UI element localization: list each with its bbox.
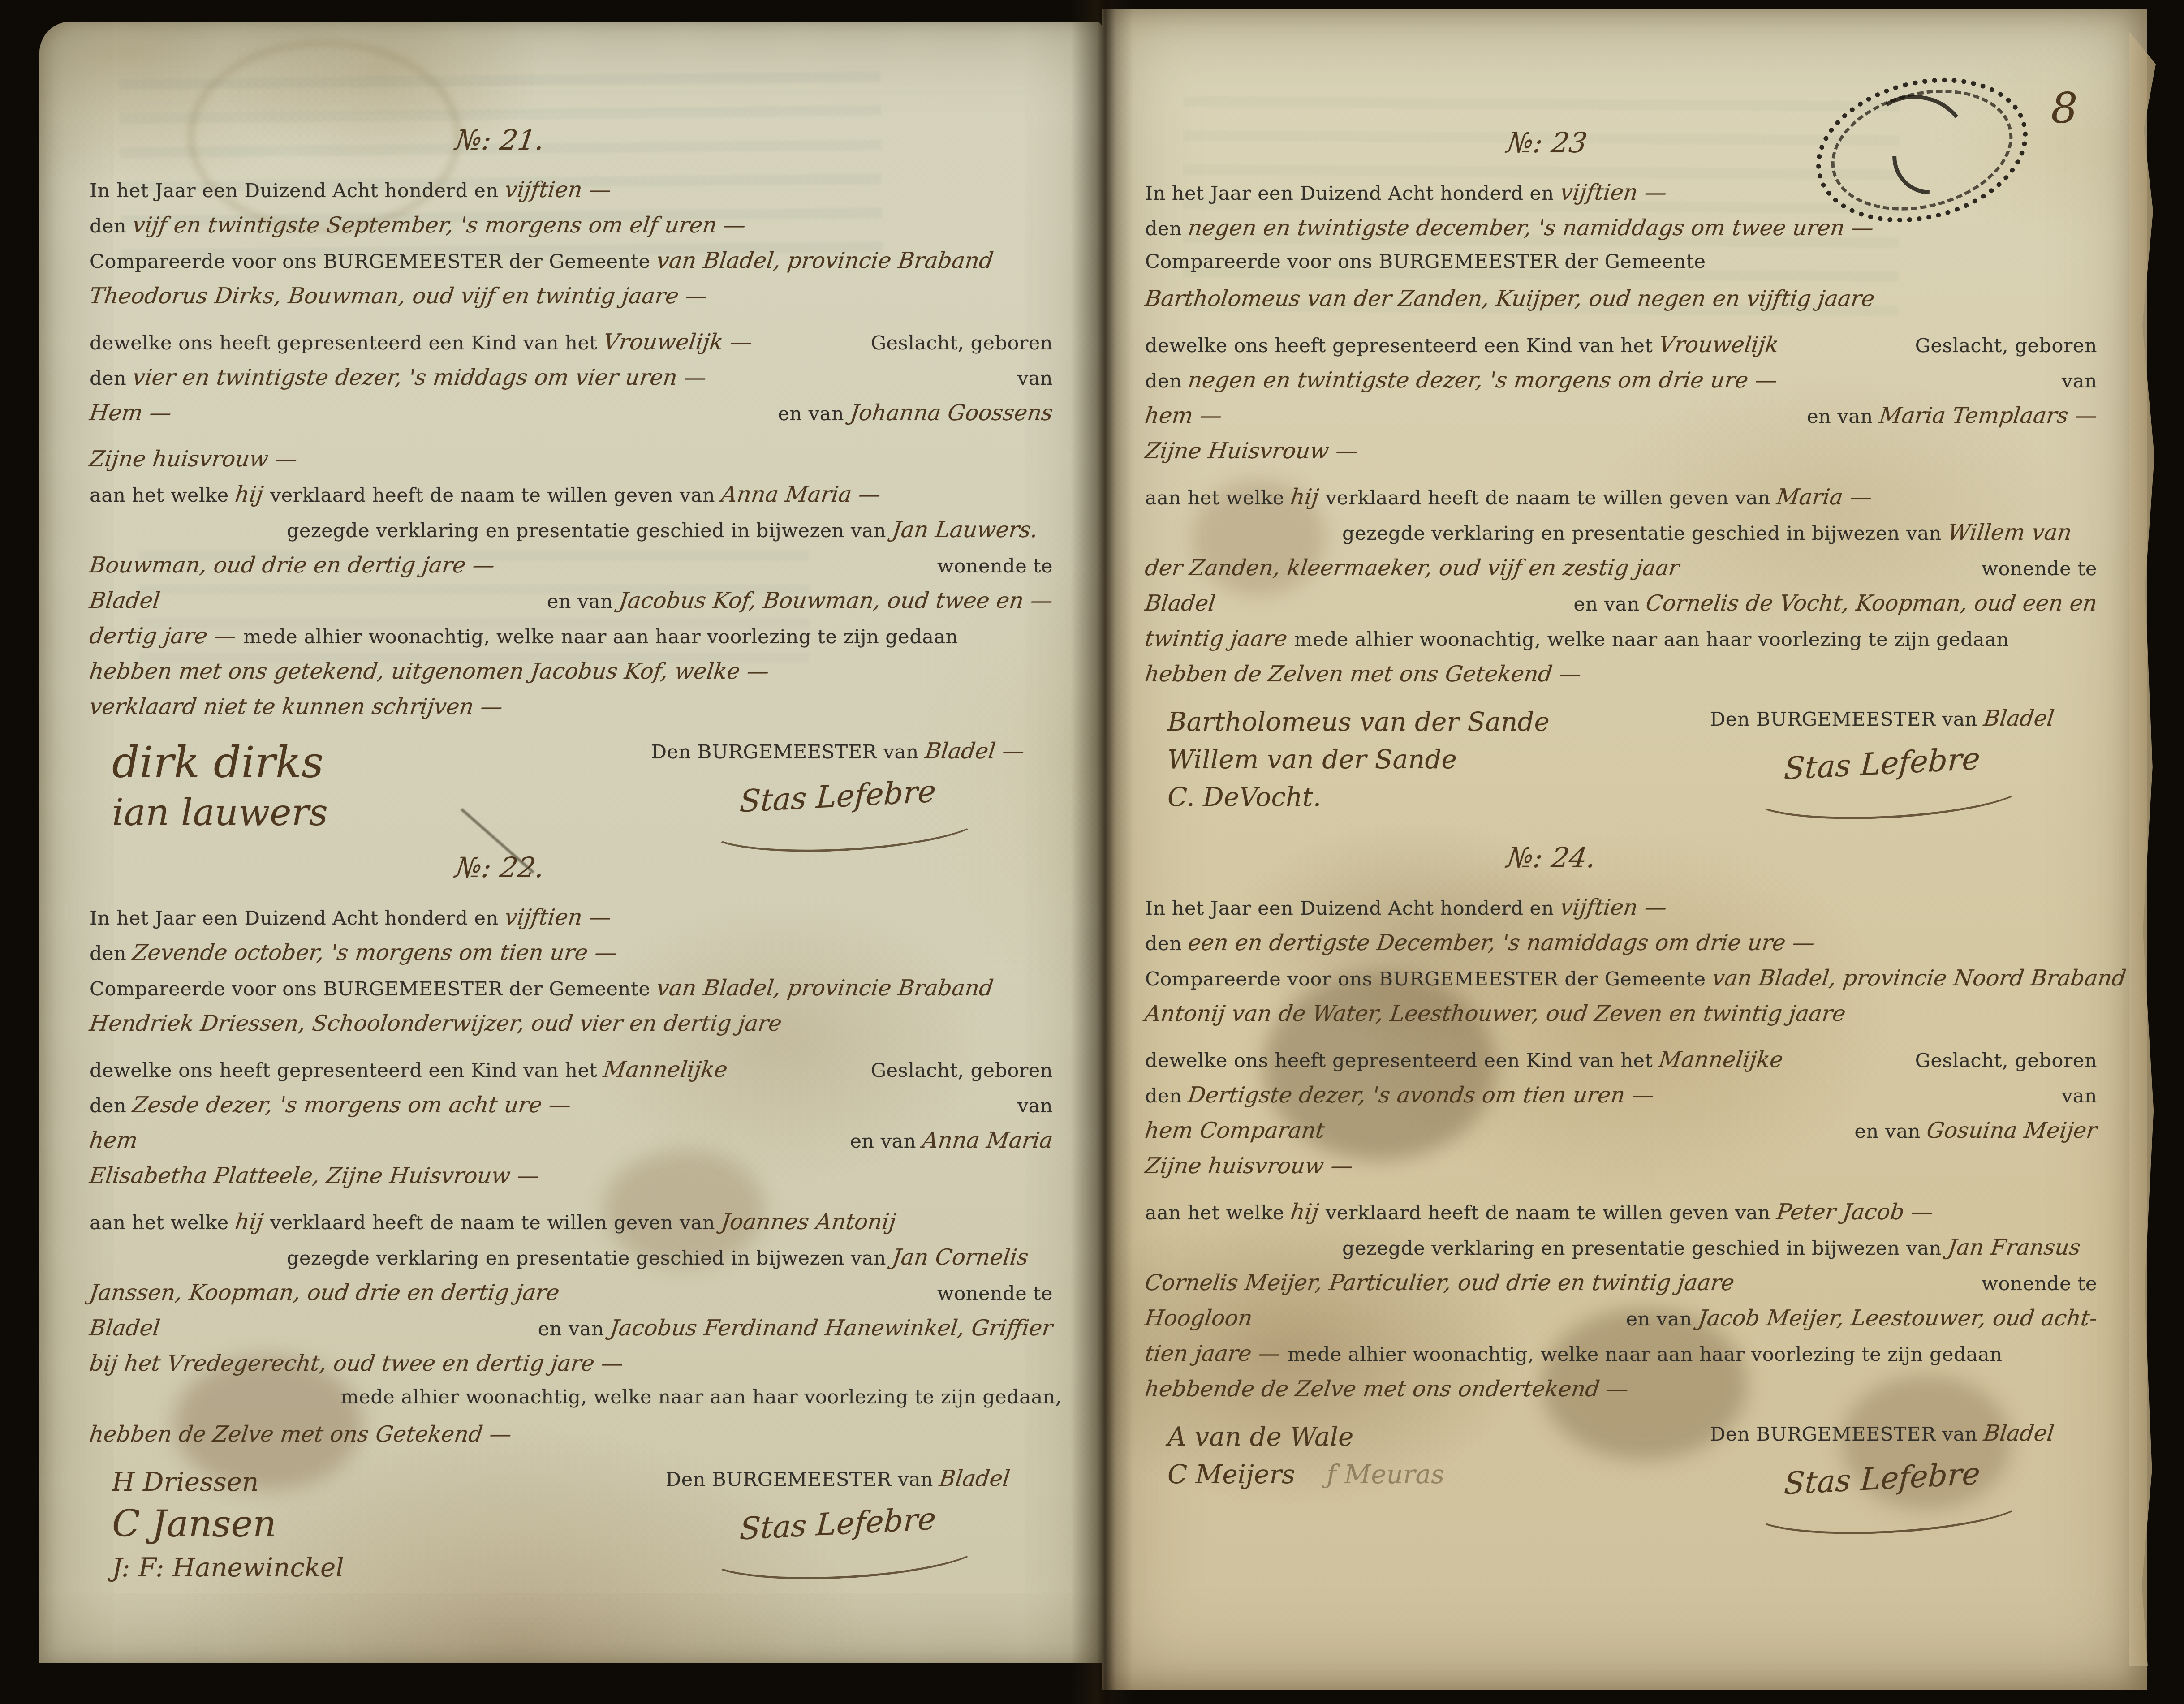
handwritten-text: Zevende october, 's morgens om tien ure …	[131, 940, 619, 965]
printed-text: wonende te	[1982, 1273, 2097, 1295]
burgemeester-signature: Stas Lefebre	[739, 1501, 937, 1547]
act-line: In het Jaar een Duizend Acht honderd en …	[90, 177, 1053, 212]
act-line: Hem —en van Johanna Goossens	[90, 400, 1053, 435]
burgemeester-signature: Stas Lefebre	[739, 774, 937, 819]
handwritten-text: Cornelis Meijer, Particulier, oud drie e…	[1144, 1270, 1736, 1295]
printed-text: mede alhier woonachtig, welke naar aan h…	[1294, 628, 2009, 651]
handwritten-text: Jacobus Ferdinand Hanewinkel, Griffier	[609, 1315, 1055, 1341]
printed-text: en van	[1855, 1120, 1927, 1143]
act-line: tien jaare — mede alhier woonachtig, wel…	[1145, 1341, 2097, 1376]
act-lines: In het Jaar een Duizend Acht honderd en …	[1145, 180, 2097, 697]
printed-text: gezegde verklaring en presentatie geschi…	[287, 1247, 892, 1269]
register-page-left: №: 21.In het Jaar een Duizend Acht honde…	[39, 22, 1102, 1663]
printed-text: den	[1145, 1085, 1188, 1107]
act-line: den vijf en twintigste September, 's mor…	[90, 212, 1053, 248]
handwritten-text: vijftien —	[503, 904, 612, 930]
handwritten-text: Hendriek Driessen, Schoolonderwijzer, ou…	[88, 1011, 784, 1036]
handwritten-text: Hem —	[88, 400, 173, 426]
handwritten-text: hij	[233, 482, 271, 507]
act-line: gezegde verklaring en presentatie geschi…	[1145, 1235, 2097, 1270]
act-line: dewelke ons heeft gepresenteerd een Kind…	[90, 1057, 1053, 1092]
handwritten-text: Bladel	[88, 588, 162, 613]
handwritten-text: vijftien —	[1559, 895, 1668, 920]
handwritten-text: een en dertigste December, 's namiddags …	[1187, 930, 1816, 955]
handwritten-text: hij	[1289, 484, 1327, 510]
handwritten-text: Elisabetha Platteele, Zijne Huisvrouw —	[88, 1163, 541, 1188]
handwritten-text: Jacob Meijer, Leestouwer, oud acht-	[1697, 1305, 2099, 1331]
act-record: №: 22.In het Jaar een Duizend Acht honde…	[90, 851, 1053, 1586]
witness-signature: Willem van der Sande	[1167, 740, 1550, 778]
act-line: Bartholomeus van der Zanden, Kuijper, ou…	[1145, 286, 2097, 321]
act-line: hebben de Zelve met ons Getekend —	[90, 1421, 1053, 1457]
handwritten-text: Jan Cornelis	[891, 1244, 1030, 1270]
handwritten-text: hebben de Zelve met ons Getekend —	[88, 1421, 513, 1447]
handwritten-text: Bladel —	[923, 738, 1026, 764]
act-line: Zijne Huisvrouw —	[1145, 438, 2097, 473]
handwritten-text: vijftien —	[503, 177, 612, 202]
act-line: Janssen, Koopman, oud drie en dertig jar…	[90, 1280, 1053, 1315]
burgemeester-block: Den BURGEMEESTER van BladelStas Lefebre	[636, 1463, 1039, 1586]
printed-text: Geslacht, geboren	[871, 1059, 1053, 1082]
printed-text: en van	[778, 403, 850, 425]
folio-number: 8	[2051, 84, 2078, 133]
printed-text: aan het welke	[1145, 487, 1291, 509]
act-line: der Zanden, kleermaeker, oud vijf en zes…	[1145, 555, 2097, 590]
handwritten-text: van Bladel, provincie Braband	[655, 975, 995, 1001]
printed-text: mede alhier woonachtig, welke naar aan h…	[243, 626, 958, 648]
handwritten-text: Maria —	[1775, 484, 1874, 510]
printed-text: wonende te	[937, 1282, 1053, 1305]
printed-text: aan het welke	[90, 484, 235, 507]
act-line: Compareerde voor ons BURGEMEESTER der Ge…	[1145, 965, 2097, 1001]
printed-text: aan het welke	[1145, 1202, 1291, 1224]
act-line: hem Comparanten van Gosuina Meijer	[1145, 1118, 2097, 1153]
burgemeester-block: Den BURGEMEESTER van Bladel —Stas Lefebr…	[636, 736, 1039, 837]
printed-text: en van	[547, 590, 620, 613]
handwritten-text: Johanna Goossens	[849, 400, 1055, 426]
printed-text: Den BURGEMEESTER van	[1710, 708, 1984, 731]
act-record: №: 21.In het Jaar een Duizend Acht honde…	[90, 124, 1053, 837]
act-line: Hoogloonen van Jacob Meijer, Leestouwer,…	[1145, 1305, 2097, 1341]
handwritten-text: Peter Jacob —	[1775, 1199, 1935, 1225]
witness-signature: C Meijers	[1167, 1455, 1295, 1493]
printed-text: Den BURGEMEESTER van	[1710, 1423, 1984, 1446]
handwritten-text: vier en twintigste dezer, 's middags om …	[131, 365, 708, 390]
act-foot: H DriessenC JansenJ: F: HanewinckelDen B…	[90, 1463, 1053, 1586]
handwritten-text: hem	[88, 1127, 139, 1153]
handwritten-text: Hoogloon	[1144, 1305, 1254, 1331]
act-line: Bouwman, oud drie en dertig jare —wonend…	[90, 552, 1053, 588]
act-line: aan het welke hij verklaard heeft de naa…	[1145, 1199, 2097, 1235]
act-line: hem —en van Maria Templaars —	[1145, 403, 2097, 438]
printed-text: den	[1145, 933, 1188, 955]
printed-text: Den BURGEMEESTER van	[651, 741, 925, 763]
act-foot: Bartholomeus van der SandeWillem van der…	[1145, 703, 2097, 816]
handwritten-text: Cornelis de Vocht, Koopman, oud een en	[1645, 590, 2099, 616]
act-line: Zijne huisvrouw —	[90, 446, 1053, 482]
act-line: dewelke ons heeft gepresenteerd een Kind…	[1145, 1047, 2097, 1082]
printed-text: en van	[850, 1130, 922, 1153]
scanned-register-spread: { "page_number": "8", "acts": [ { "numbe…	[0, 0, 2184, 1704]
act-record: №: 23In het Jaar een Duizend Acht honder…	[1145, 126, 2097, 816]
handwritten-text: vijf en twintigste September, 's morgens…	[131, 212, 747, 238]
act-line: hebbende de Zelve met ons ondertekend —	[1145, 1376, 2097, 1411]
act-line: Zijne huisvrouw —	[1145, 1153, 2097, 1188]
handwritten-text: hem —	[1144, 403, 1224, 428]
act-line: dewelke ons heeft gepresenteerd een Kind…	[1145, 332, 2097, 367]
act-line: Antonij van de Water, Leesthouwer, oud Z…	[1145, 1001, 2097, 1036]
handwritten-text: Janssen, Koopman, oud drie en dertig jar…	[88, 1280, 561, 1305]
act-line: aan het welke hij verklaard heeft de naa…	[90, 1209, 1053, 1244]
printed-text: dewelke ons heeft gepresenteerd een Kind…	[1145, 1050, 1659, 1072]
burgemeester-label: Den BURGEMEESTER van Bladel	[1680, 1420, 2084, 1446]
act-line: verklaard niet te kunnen schrijven —	[90, 694, 1053, 729]
act-line: dertig jare — mede alhier woonachtig, we…	[90, 623, 1053, 658]
handwritten-text: Zijne Huisvrouw —	[1144, 438, 1360, 464]
act-line: Compareerde voor ons BURGEMEESTER der Ge…	[1145, 250, 2097, 286]
act-line: twintig jaare mede alhier woonachtig, we…	[1145, 626, 2097, 661]
act-line: Elisabetha Platteele, Zijne Huisvrouw —	[90, 1163, 1053, 1198]
printed-text: den	[90, 942, 133, 965]
printed-text: mede alhier woonachtig, welke naar aan h…	[1288, 1343, 2003, 1366]
act-foot: dirk dirksian lauwersDen BURGEMEESTER va…	[90, 736, 1053, 837]
handwritten-text: Maria Templaars —	[1878, 403, 2098, 428]
handwritten-text: Bladel	[88, 1315, 162, 1341]
handwritten-text: Bladel	[938, 1466, 1012, 1491]
handwritten-text: Bladel	[1982, 706, 2056, 731]
act-line: Cornelis Meijer, Particulier, oud drie e…	[1145, 1270, 2097, 1305]
handwritten-text: Anna Maria	[921, 1127, 1055, 1153]
act-line: aan het welke hij verklaard heeft de naa…	[90, 482, 1053, 517]
handwritten-text: hebbende de Zelve met ons ondertekend —	[1144, 1376, 1630, 1402]
act-line: Bladelen van Cornelis de Vocht, Koopman,…	[1145, 590, 2097, 626]
burgemeester-label: Den BURGEMEESTER van Bladel —	[636, 738, 1039, 764]
act-line: Bladelen van Jacobus Kof, Bouwman, oud t…	[90, 588, 1053, 623]
act-record: №: 24.In het Jaar een Duizend Acht honde…	[1145, 841, 2097, 1497]
burgemeester-signature: Stas Lefebre	[1783, 1456, 1981, 1502]
printed-text: en van	[1626, 1308, 1698, 1330]
handwritten-text: Theodorus Dirks, Bouwman, oud vijf en tw…	[88, 283, 709, 309]
handwritten-text: Bouwman, oud drie en dertig jare —	[88, 552, 496, 578]
act-line: den Dertigste dezer, 's avonds om tien u…	[1145, 1082, 2097, 1118]
printed-text: van	[1017, 367, 1053, 390]
printed-text: Geslacht, geboren	[1915, 1050, 2097, 1072]
act-number: №: 22.	[453, 851, 547, 884]
printed-text: mede alhier woonachtig, welke naar aan h…	[340, 1386, 1062, 1408]
handwritten-text: twintig jaare	[1144, 626, 1296, 651]
act-line: aan het welke hij verklaard heeft de naa…	[1145, 484, 2097, 520]
handwritten-text: verklaard niet te kunnen schrijven —	[88, 694, 504, 719]
witness-signatures: H DriessenC JansenJ: F: Hanewinckel	[112, 1463, 344, 1586]
printed-text: den	[90, 367, 133, 390]
act-line: dewelke ons heeft gepresenteerd een Kind…	[90, 329, 1053, 365]
printed-text: Compareerde voor ons BURGEMEESTER der Ge…	[90, 978, 657, 1000]
handwritten-text: dertig jare —	[88, 623, 245, 649]
burgemeester-block: Den BURGEMEESTER van BladelStas Lefebre	[1680, 1418, 2084, 1497]
printed-text: den	[90, 215, 133, 237]
printed-text: Compareerde voor ons BURGEMEESTER der Ge…	[1145, 968, 1712, 990]
witness-signature: Bartholomeus van der Sande	[1167, 703, 1550, 740]
printed-text: verklaard heeft de naam te willen geven …	[270, 484, 721, 507]
printed-text: verklaard heeft de naam te willen geven …	[1326, 487, 1777, 509]
burgemeester-block: Den BURGEMEESTER van BladelStas Lefebre	[1680, 703, 2084, 816]
handwritten-text: Bladel	[1982, 1420, 2056, 1446]
witness-signature: ian lauwers	[112, 789, 328, 837]
printed-text: verklaard heeft de naam te willen geven …	[270, 1212, 721, 1234]
printed-text: en van	[538, 1318, 611, 1340]
printed-text: en van	[1807, 405, 1879, 428]
printed-text: In het Jaar een Duizend Acht honderd en	[90, 180, 505, 202]
witness-signature: H Driessen	[112, 1463, 344, 1501]
printed-text: wonende te	[937, 555, 1053, 577]
act-line: In het Jaar een Duizend Acht honderd en …	[90, 904, 1053, 940]
witness-signature: ƒ Meuras	[1327, 1455, 1444, 1493]
act-line: den een en dertigste December, 's namidd…	[1145, 930, 2097, 965]
witness-signatures: A van de WaleC Meijersƒ Meuras	[1167, 1418, 1476, 1497]
witness-signature: J: F: Hanewinckel	[112, 1549, 344, 1586]
act-line: den negen en twintigste december, 's nam…	[1145, 215, 2097, 250]
printed-text: wonende te	[1982, 558, 2097, 580]
printed-text: den	[1145, 218, 1188, 240]
printed-text: van	[2062, 370, 2097, 392]
act-lines: In het Jaar een Duizend Acht honderd en …	[90, 177, 1053, 729]
handwritten-text: tien jaare —	[1144, 1341, 1289, 1366]
act-line: hebben de Zelven met ons Getekend —	[1145, 661, 2097, 697]
act-line: hemen van Anna Maria	[90, 1127, 1053, 1163]
printed-text: verklaard heeft de naam te willen geven …	[1326, 1202, 1777, 1224]
act-lines: In het Jaar een Duizend Acht honderd en …	[1145, 895, 2097, 1411]
printed-text: van	[2062, 1085, 2097, 1107]
handwritten-text: hij	[1289, 1199, 1327, 1225]
handwritten-text: bij het Vredegerecht, oud twee en dertig…	[88, 1351, 625, 1376]
printed-text: Den BURGEMEESTER van	[666, 1468, 939, 1491]
burgemeester-label: Den BURGEMEESTER van Bladel	[636, 1466, 1039, 1491]
printed-text: gezegde verklaring en presentatie geschi…	[287, 520, 892, 542]
act-line: gezegde verklaring en presentatie geschi…	[90, 517, 1053, 552]
act-line: gezegde verklaring en presentatie geschi…	[1145, 520, 2097, 555]
printed-text: Compareerde voor ons BURGEMEESTER der Ge…	[90, 250, 657, 273]
printed-text: dewelke ons heeft gepresenteerd een Kind…	[90, 332, 603, 354]
act-line: Hendriek Driessen, Schoolonderwijzer, ou…	[90, 1011, 1053, 1046]
printed-text: en van	[1573, 593, 1646, 615]
handwritten-text: Vrouwelijk —	[602, 329, 754, 355]
act-line: den vier en twintigste dezer, 's middags…	[90, 365, 1053, 400]
printed-text: In het Jaar een Duizend Acht honderd en	[1145, 897, 1560, 920]
printed-text: Geslacht, geboren	[871, 332, 1053, 354]
handwritten-text: Willem van	[1947, 520, 2073, 545]
witness-signature: A van de Wale	[1167, 1418, 1476, 1455]
handwritten-text: Antonij van de Water, Leesthouwer, oud Z…	[1144, 1001, 1848, 1026]
handwritten-text: Zijne huisvrouw —	[1144, 1153, 1355, 1179]
act-line: Bladelen van Jacobus Ferdinand Hanewinke…	[90, 1315, 1053, 1351]
handwritten-text: van Bladel, provincie Noord Braband	[1710, 965, 2127, 991]
act-number: №: 24.	[1504, 841, 1598, 874]
act-line: den Zesde dezer, 's morgens om acht ure …	[90, 1092, 1053, 1127]
handwritten-text: Gosuina Meijer	[1926, 1118, 2099, 1143]
handwritten-text: negen en twintigste december, 's namidda…	[1187, 215, 1875, 241]
handwritten-text: hebben met ons getekend, uitgenomen Jaco…	[88, 658, 771, 684]
handwritten-text: Dertigste dezer, 's avonds om tien uren …	[1187, 1082, 1656, 1108]
handwritten-text: Zijne huisvrouw —	[88, 446, 299, 472]
handwritten-text: der Zanden, kleermaeker, oud vijf en zes…	[1144, 555, 1681, 581]
printed-text: van	[1017, 1095, 1053, 1117]
burgemeester-signature: Stas Lefebre	[1783, 741, 1981, 787]
act-line: bij het Vredegerecht, oud twee en dertig…	[90, 1351, 1053, 1386]
act-line: In het Jaar een Duizend Acht honderd en …	[1145, 895, 2097, 930]
handwritten-text: van Bladel, provincie Braband	[655, 248, 995, 273]
handwritten-text: Anna Maria —	[720, 482, 883, 507]
act-line: gezegde verklaring en presentatie geschi…	[90, 1244, 1053, 1280]
act-line: den Zevende october, 's morgens om tien …	[90, 940, 1053, 975]
act-line: mede alhier woonachtig, welke naar aan h…	[90, 1386, 1053, 1421]
witness-signatures: Bartholomeus van der SandeWillem van der…	[1167, 703, 1550, 816]
act-foot: A van de WaleC Meijersƒ MeurasDen BURGEM…	[1145, 1418, 2097, 1497]
handwritten-text: Jan Fransus	[1947, 1235, 2082, 1260]
handwritten-text: negen en twintigste dezer, 's morgens om…	[1187, 367, 1779, 393]
act-lines: In het Jaar een Duizend Acht honderd en …	[90, 904, 1053, 1457]
register-page-right: 8 №: 23In het Jaar een Duizend Acht hond…	[1102, 9, 2147, 1690]
act-line: den negen en twintigste dezer, 's morgen…	[1145, 367, 2097, 403]
torn-page-edge	[2129, 31, 2156, 1666]
handwritten-text: vijftien —	[1559, 180, 1668, 205]
handwritten-text: hebben de Zelven met ons Getekend —	[1144, 661, 1583, 687]
handwritten-text: Jan Lauwers.	[891, 517, 1039, 542]
printed-text: In het Jaar een Duizend Acht honderd en	[90, 907, 505, 929]
printed-text: dewelke ons heeft gepresenteerd een Kind…	[90, 1059, 603, 1082]
handwritten-text: Bladel	[1144, 590, 1217, 616]
handwritten-text: Jacobus Kof, Bouwman, oud twee en —	[618, 588, 1055, 613]
handwritten-text: Zesde dezer, 's morgens om acht ure —	[131, 1092, 573, 1118]
witness-signature: dirk dirks	[112, 736, 328, 789]
handwritten-text: Mannelijke	[602, 1057, 729, 1082]
act-line: hebben met ons getekend, uitgenomen Jaco…	[90, 658, 1053, 694]
printed-text: gezegde verklaring en presentatie geschi…	[1342, 522, 1948, 545]
printed-text: den	[90, 1095, 133, 1117]
handwritten-text: Vrouwelijk	[1658, 332, 1780, 357]
act-number: №: 23	[1504, 126, 1589, 159]
printed-text: aan het welke	[90, 1212, 235, 1234]
handwritten-text: Mannelijke	[1658, 1047, 1785, 1072]
act-line: Theodorus Dirks, Bouwman, oud vijf en tw…	[90, 283, 1053, 318]
printed-text: Geslacht, geboren	[1915, 335, 2097, 357]
handwritten-text: hij	[233, 1209, 271, 1235]
act-line: Compareerde voor ons BURGEMEESTER der Ge…	[90, 975, 1053, 1011]
witness-signature: C. DeVocht.	[1167, 778, 1550, 816]
act-number: №: 21.	[453, 124, 547, 156]
printed-text: gezegde verklaring en presentatie geschi…	[1342, 1237, 1948, 1260]
witness-signature: C Jansen	[112, 1501, 344, 1549]
printed-text: In het Jaar een Duizend Acht honderd en	[1145, 182, 1560, 205]
printed-text: den	[1145, 370, 1188, 392]
printed-text: Compareerde voor ons BURGEMEESTER der Ge…	[1145, 250, 1706, 273]
handwritten-text: hem Comparant	[1144, 1118, 1327, 1143]
act-line: Compareerde voor ons BURGEMEESTER der Ge…	[90, 248, 1053, 283]
handwritten-text: Joannes Antonij	[720, 1209, 898, 1235]
handwritten-text: Bartholomeus van der Zanden, Kuijper, ou…	[1144, 286, 1876, 311]
burgemeester-label: Den BURGEMEESTER van Bladel	[1680, 706, 2084, 731]
witness-signatures: dirk dirksian lauwers	[112, 736, 328, 837]
printed-text: dewelke ons heeft gepresenteerd een Kind…	[1145, 335, 1659, 357]
